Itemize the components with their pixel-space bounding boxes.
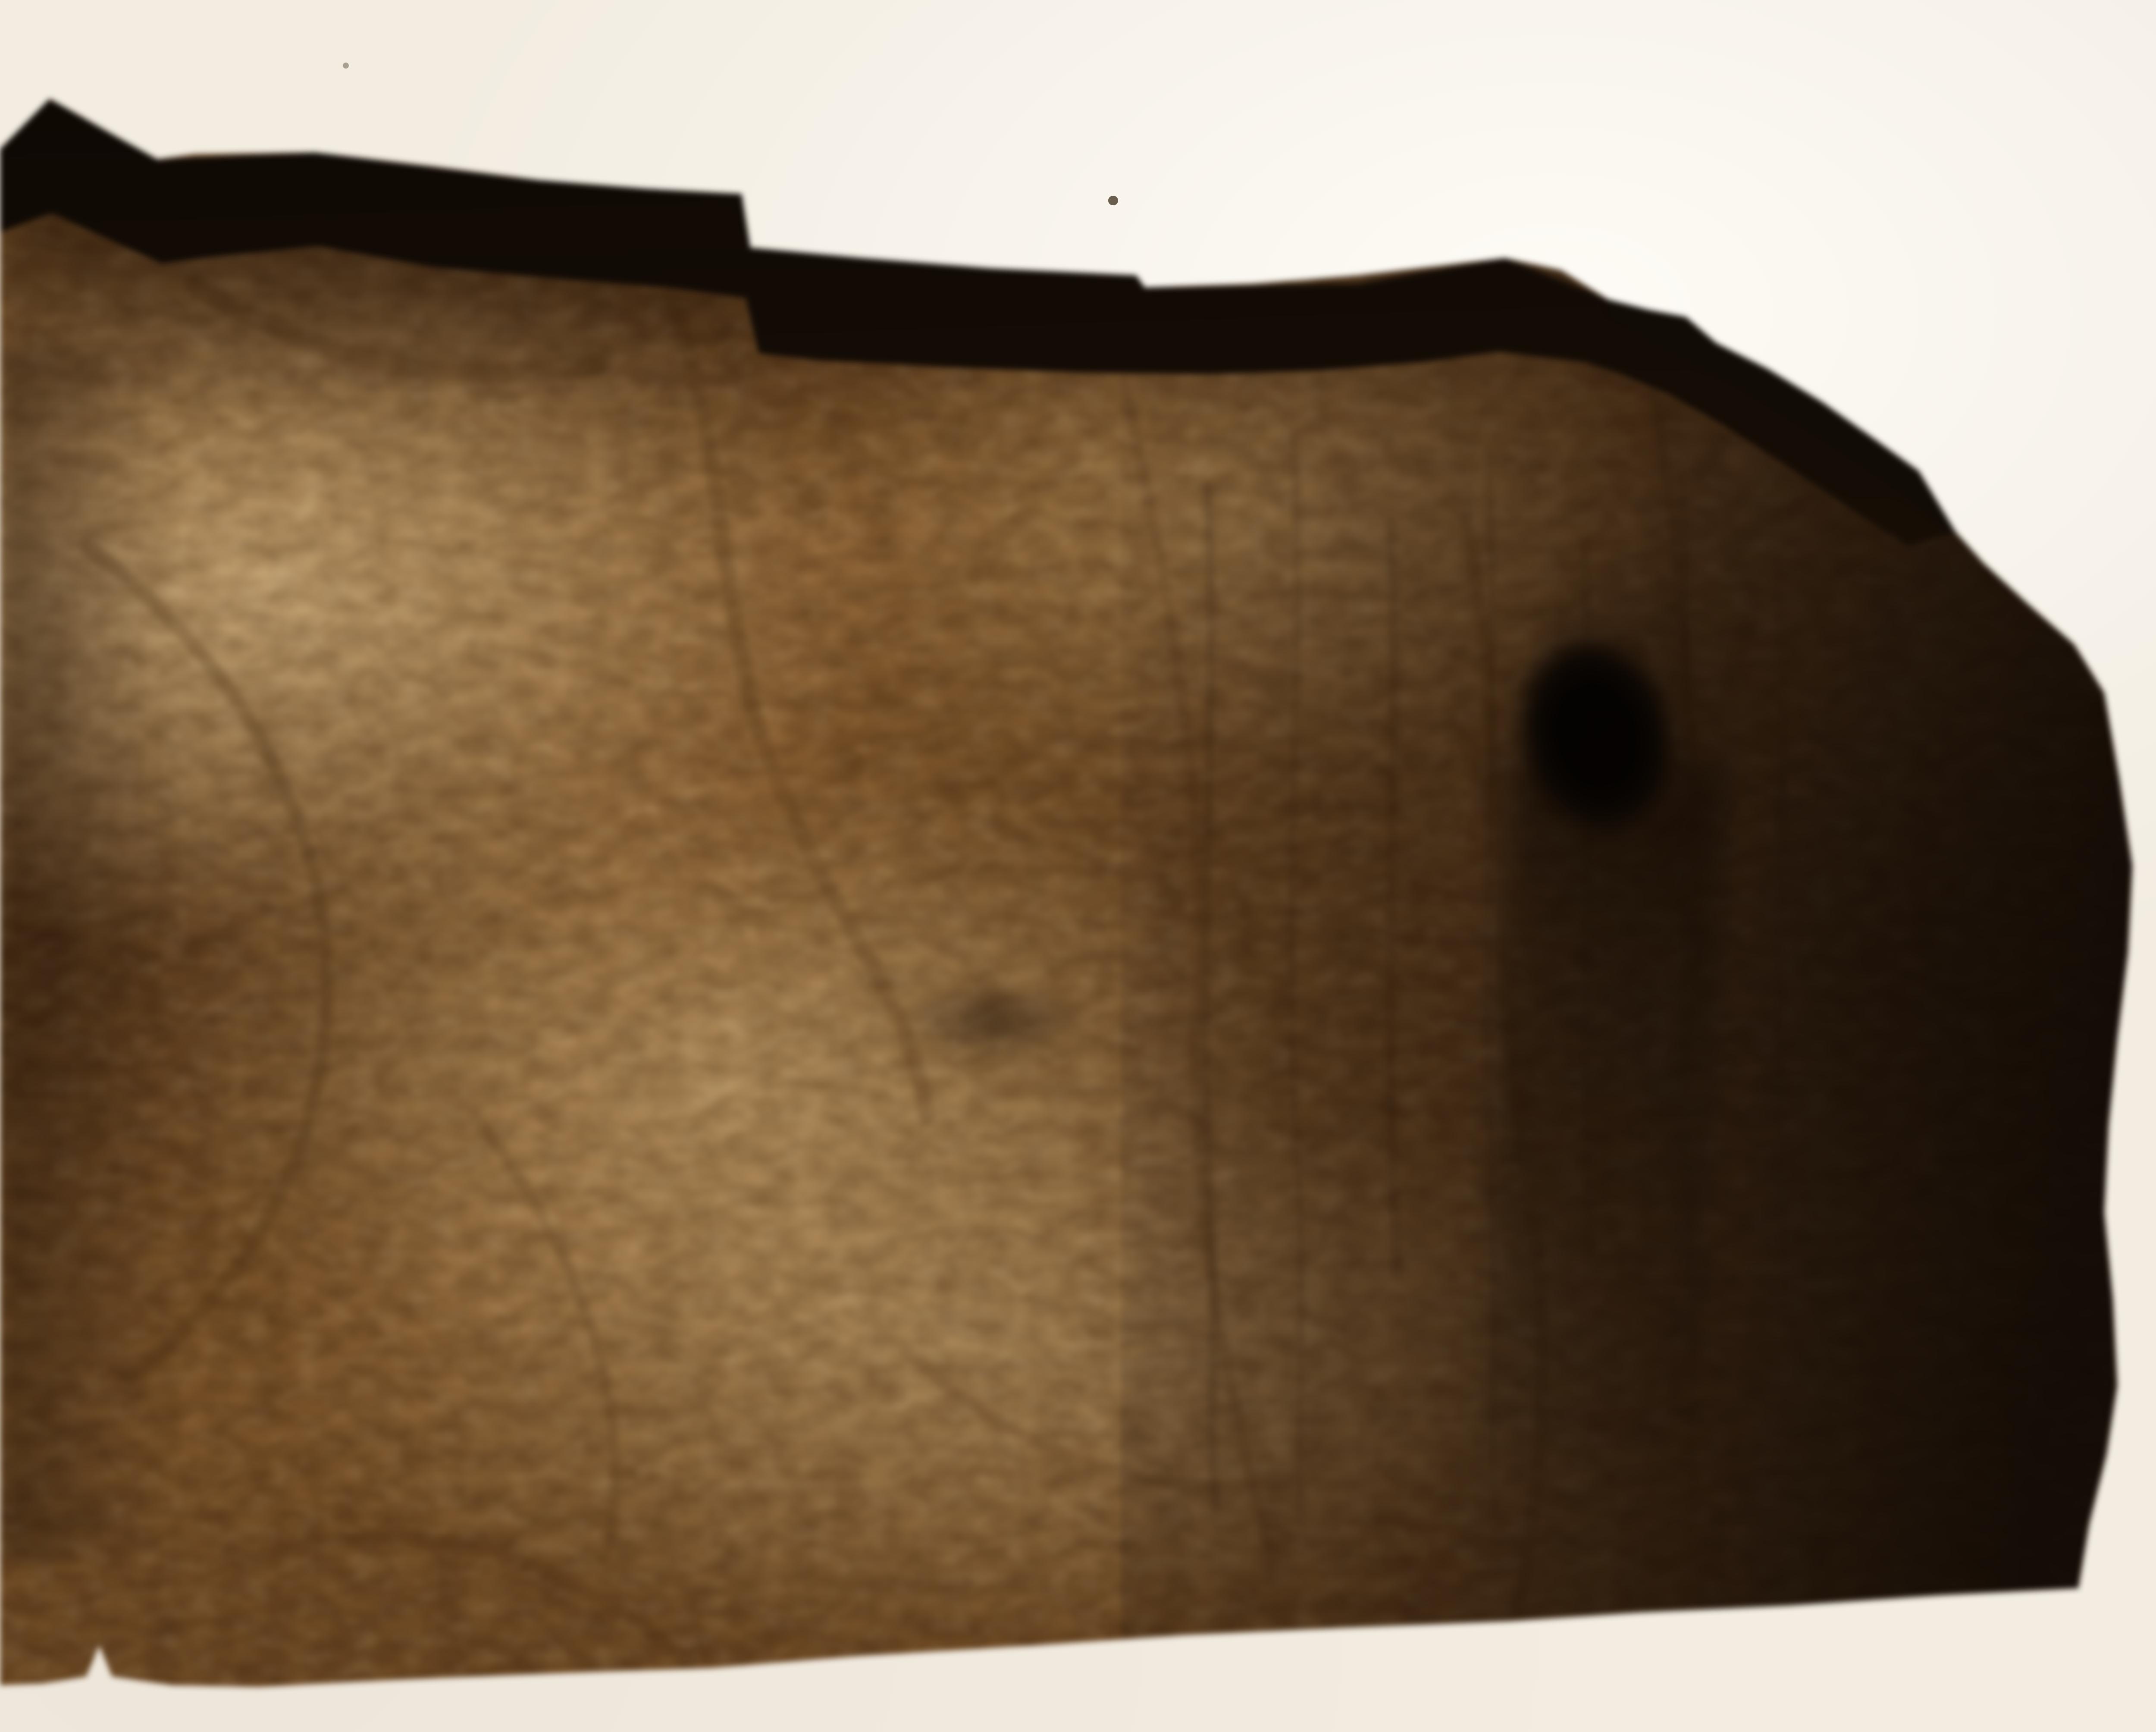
paper-speck: [0, 0, 9, 9]
paper-grain-overlay: [0, 0, 2156, 1732]
manuscript-leaf-wrap: [0, 0, 2156, 1732]
paper-speck: [0, 0, 11, 11]
paper-speck: [0, 0, 9, 9]
paper-speck: [0, 0, 9, 9]
paper-speck: [0, 0, 10, 10]
paper-speck: [0, 0, 9, 9]
photo-background: [0, 0, 2156, 1732]
manuscript-leaf: [0, 0, 2156, 1732]
paper-speck: [0, 0, 11, 11]
paper-speck: [0, 0, 8, 8]
